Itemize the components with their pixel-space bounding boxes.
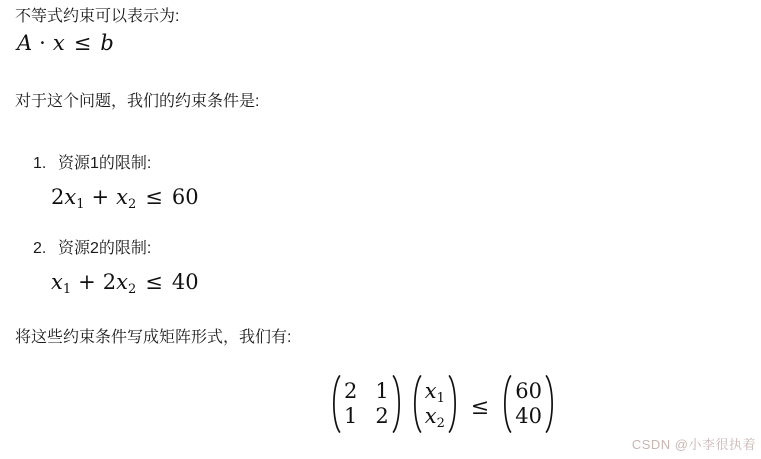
math-rhs-value: 40 bbox=[172, 270, 199, 294]
matrix-equation: 2 1 1 2 x1 x2 ≤ 60 40 bbox=[0, 374, 761, 434]
math-coef: 2 bbox=[103, 270, 116, 294]
csdn-watermark: CSDN @小李很执着 bbox=[632, 437, 756, 453]
math-sub-1: 1 bbox=[63, 282, 71, 297]
left-parenthesis-icon bbox=[329, 374, 341, 434]
article-content: 不等式约束可以表示为: A·x≤b 对于这个问题，我们的约束条件是: 1. 资源… bbox=[0, 0, 761, 459]
vector-cell: 60 bbox=[515, 379, 542, 404]
math-leq-symbol: ≤ bbox=[145, 270, 163, 294]
vector-x-cells: x1 x2 bbox=[425, 379, 445, 429]
paragraph-inequality-intro: 不等式约束可以表示为: bbox=[15, 7, 179, 26]
math-dot-operator: · bbox=[39, 31, 46, 55]
right-parenthesis-icon bbox=[448, 374, 460, 434]
matrix-cell: 2 bbox=[344, 379, 357, 404]
paragraph-constraints-intro: 对于这个问题，我们的约束条件是: bbox=[15, 92, 259, 111]
math-var-x: x bbox=[53, 31, 65, 55]
matrix-cell: 2 bbox=[375, 404, 388, 429]
vector-b: 60 40 bbox=[500, 374, 557, 434]
matrix-cell: 1 bbox=[344, 404, 357, 429]
paragraph-matrix-intro: 将这些约束条件写成矩阵形式，我们有: bbox=[15, 328, 291, 347]
math-var-x2: x bbox=[116, 270, 128, 294]
right-parenthesis-icon bbox=[545, 374, 557, 434]
math-sub-2: 2 bbox=[437, 416, 445, 431]
math-rhs-value: 60 bbox=[172, 185, 199, 209]
vector-cell: x1 bbox=[425, 379, 445, 404]
math-leq-symbol: ≤ bbox=[471, 395, 489, 420]
vector-x: x1 x2 bbox=[410, 374, 460, 434]
math-var-x2: x bbox=[425, 404, 437, 428]
math-var-x1: x bbox=[51, 270, 63, 294]
math-sub-2: 2 bbox=[128, 197, 136, 212]
math-sub-1: 1 bbox=[76, 197, 84, 212]
math-var-A: A bbox=[17, 31, 32, 55]
math-plus-operator: + bbox=[78, 270, 96, 294]
math-coef: 2 bbox=[51, 185, 64, 209]
vector-cell: 40 bbox=[515, 404, 542, 429]
math-var-x2: x bbox=[116, 185, 128, 209]
math-sub-2: 2 bbox=[128, 282, 136, 297]
math-leq-symbol: ≤ bbox=[145, 185, 163, 209]
math-var-x1: x bbox=[425, 379, 437, 403]
list-item-1-number: 1. bbox=[33, 154, 46, 173]
list-item-2-label: 资源2的限制: bbox=[58, 239, 151, 258]
math-var-b: b bbox=[100, 31, 113, 55]
matrix-A: 2 1 1 2 bbox=[329, 374, 404, 434]
formula-constraint-1: 2x1+x2≤60 bbox=[51, 185, 199, 209]
left-parenthesis-icon bbox=[410, 374, 422, 434]
math-var-x1: x bbox=[64, 185, 76, 209]
formula-constraint-2: x1+2x2≤40 bbox=[51, 270, 199, 294]
formula-general-inequality: A·x≤b bbox=[17, 31, 114, 55]
vector-cell: x2 bbox=[425, 404, 445, 429]
matrix-A-cells: 2 1 1 2 bbox=[344, 379, 389, 429]
matrix-cell: 1 bbox=[375, 379, 388, 404]
math-plus-operator: + bbox=[92, 185, 110, 209]
list-item-2-number: 2. bbox=[33, 239, 46, 258]
math-leq-symbol: ≤ bbox=[74, 31, 92, 55]
left-parenthesis-icon bbox=[500, 374, 512, 434]
vector-b-cells: 60 40 bbox=[515, 379, 542, 429]
list-item-1-label: 资源1的限制: bbox=[58, 154, 151, 173]
right-parenthesis-icon bbox=[392, 374, 404, 434]
